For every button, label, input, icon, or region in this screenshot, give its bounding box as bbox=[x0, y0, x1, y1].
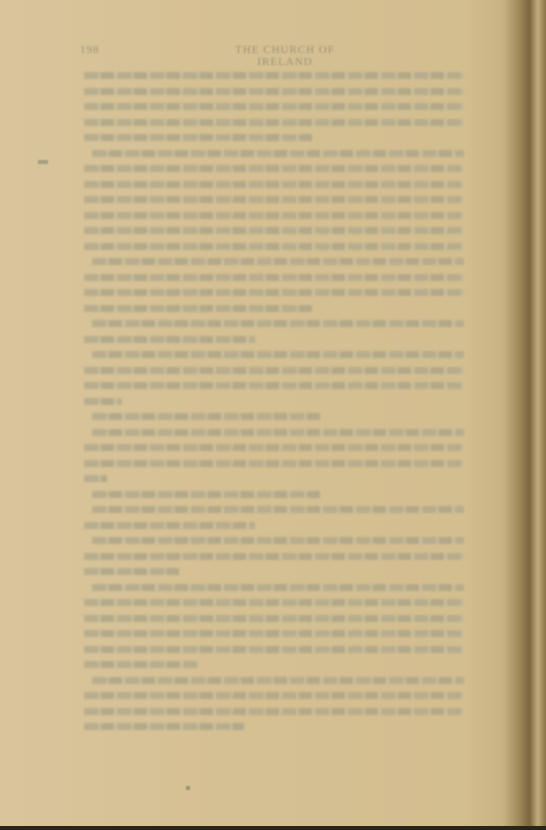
text-line bbox=[84, 88, 464, 95]
text-line bbox=[84, 708, 464, 715]
text-line bbox=[84, 723, 244, 730]
text-line bbox=[84, 336, 255, 343]
text-line bbox=[84, 305, 312, 312]
text-line bbox=[84, 553, 464, 560]
text-line bbox=[84, 181, 464, 188]
body-text bbox=[84, 72, 464, 739]
book-page: 198 THE CHURCH OF IRELAND bbox=[0, 0, 546, 830]
page-header: 198 THE CHURCH OF IRELAND bbox=[80, 44, 485, 58]
text-line bbox=[84, 460, 464, 467]
text-line bbox=[92, 584, 464, 591]
text-line bbox=[92, 258, 464, 265]
text-line bbox=[84, 289, 464, 296]
text-line bbox=[84, 134, 312, 141]
margin-mark bbox=[38, 160, 48, 164]
signature-mark bbox=[186, 786, 190, 790]
text-line bbox=[84, 444, 464, 451]
text-line bbox=[92, 429, 464, 436]
text-line bbox=[84, 568, 179, 575]
text-line bbox=[84, 398, 122, 405]
text-line bbox=[92, 677, 464, 684]
text-line bbox=[92, 537, 464, 544]
page-bottom-edge bbox=[0, 826, 546, 830]
text-line bbox=[84, 212, 464, 219]
text-line bbox=[84, 522, 255, 529]
text-line bbox=[84, 692, 464, 699]
text-line bbox=[92, 413, 320, 420]
text-line bbox=[84, 599, 464, 606]
text-line bbox=[84, 630, 464, 637]
text-line bbox=[84, 367, 464, 374]
page-number: 198 bbox=[80, 44, 100, 56]
text-line bbox=[84, 475, 107, 482]
text-line bbox=[84, 227, 464, 234]
text-line bbox=[84, 165, 464, 172]
text-line bbox=[92, 491, 320, 498]
text-line bbox=[84, 72, 464, 79]
text-line bbox=[92, 320, 464, 327]
text-line bbox=[84, 196, 464, 203]
running-head: THE CHURCH OF IRELAND bbox=[210, 44, 360, 68]
text-line bbox=[84, 615, 464, 622]
text-line bbox=[84, 103, 464, 110]
text-line bbox=[84, 243, 464, 250]
text-line bbox=[92, 351, 464, 358]
text-line bbox=[84, 382, 464, 389]
text-line bbox=[92, 150, 464, 157]
text-line bbox=[84, 274, 464, 281]
text-line bbox=[84, 119, 464, 126]
text-line bbox=[84, 646, 464, 653]
text-line bbox=[84, 661, 198, 668]
text-line bbox=[92, 506, 464, 513]
